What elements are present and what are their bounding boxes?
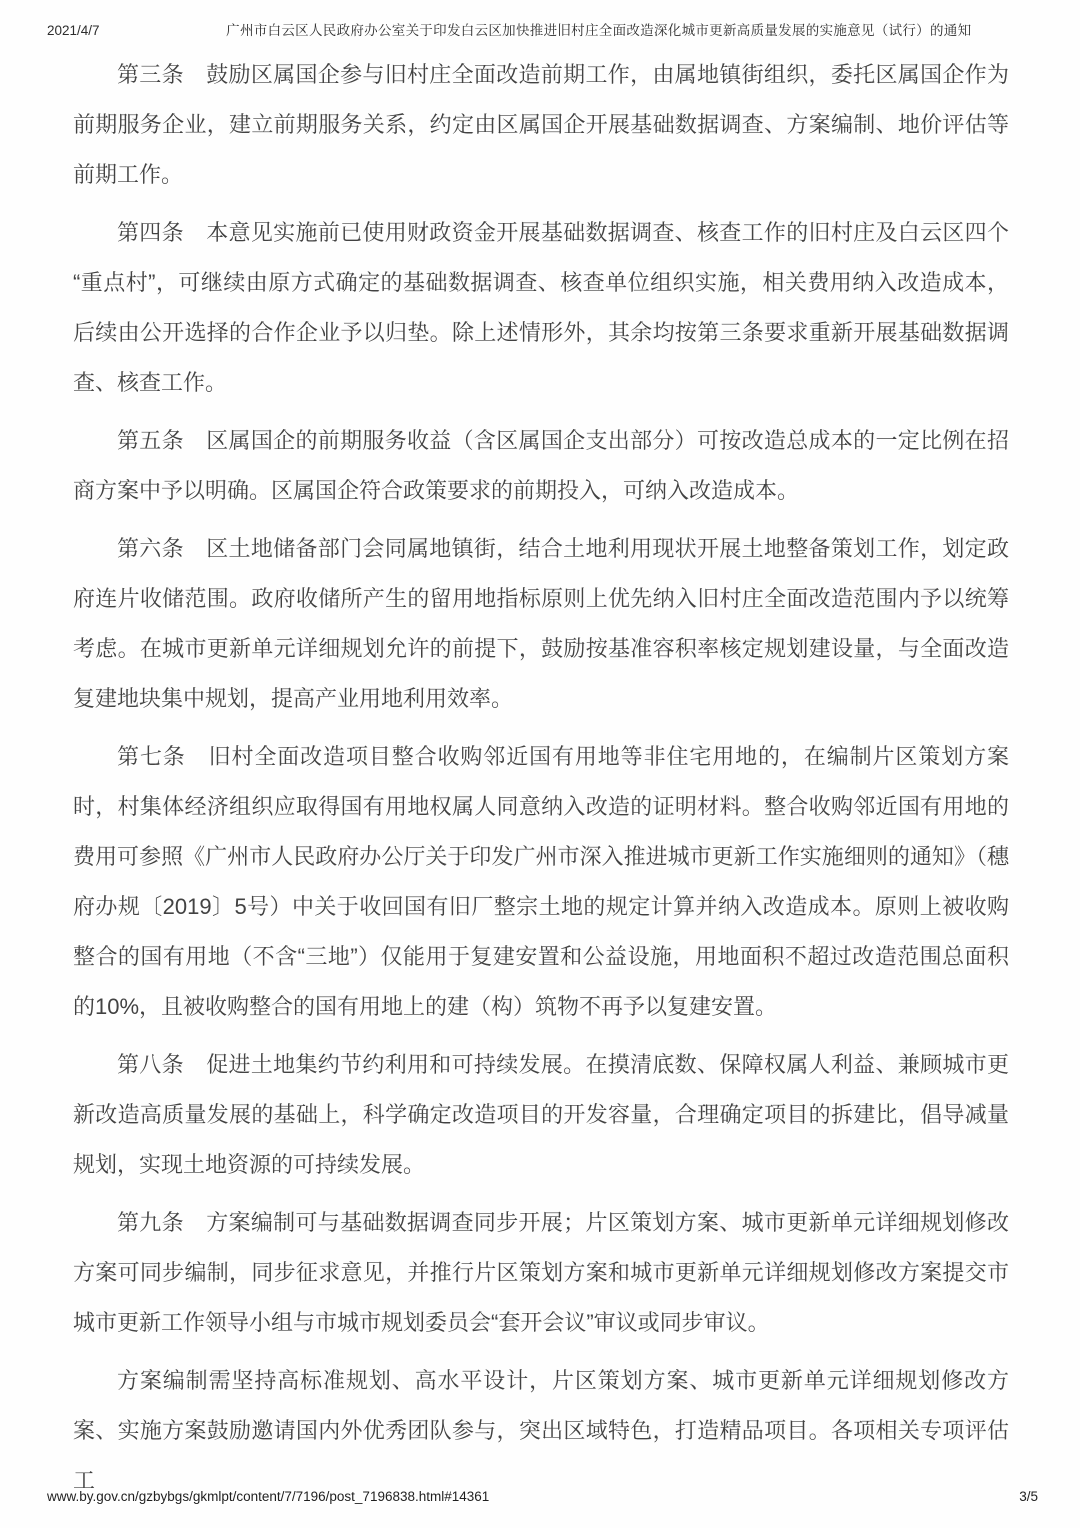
source-url: www.by.gov.cn/gzbybgs/gkmlpt/content/7/7… (47, 1488, 489, 1506)
paragraph-article-8: 第八条 促进土地集约节约利用和可持续发展。在摸清底数、保障权属人利益、兼顾城市更… (73, 1040, 1009, 1190)
print-header: 2021/4/7 广州市白云区人民政府办公室关于印发白云区加快推进旧村庄全面改造… (47, 22, 1038, 40)
paragraph-article-5: 第五条 区属国企的前期服务收益（含区属国企支出部分）可按改造总成本的一定比例在招… (73, 416, 1009, 516)
paragraph-article-3: 第三条 鼓励区属国企参与旧村庄全面改造前期工作，由属地镇街组织，委托区属国企作为… (73, 50, 1009, 200)
document-title: 广州市白云区人民政府办公室关于印发白云区加快推进旧村庄全面改造深化城市更新高质量… (160, 22, 1038, 40)
paragraph-article-6: 第六条 区土地储备部门会同属地镇街，结合土地利用现状开展土地整备策划工作，划定政… (73, 524, 1009, 724)
paragraph-article-4: 第四条 本意见实施前已使用财政资金开展基础数据调查、核查工作的旧村庄及白云区四个… (73, 208, 1009, 408)
paragraph-article-7: 第七条 旧村全面改造项目整合收购邻近国有用地等非住宅用地的，在编制片区策划方案时… (73, 732, 1009, 1032)
print-preview-page: 2021/4/7 广州市白云区人民政府办公室关于印发白云区加快推进旧村庄全面改造… (0, 0, 1080, 1528)
paragraph-article-9-continued: 方案编制需坚持高标准规划、高水平设计，片区策划方案、城市更新单元详细规划修改方案… (73, 1356, 1009, 1506)
paragraph-article-9: 第九条 方案编制可与基础数据调查同步开展；片区策划方案、城市更新单元详细规划修改… (73, 1198, 1009, 1348)
print-footer: www.by.gov.cn/gzbybgs/gkmlpt/content/7/7… (47, 1488, 1038, 1506)
page-indicator: 3/5 (1019, 1488, 1038, 1506)
document-body: 第三条 鼓励区属国企参与旧村庄全面改造前期工作，由属地镇街组织，委托区属国企作为… (73, 50, 1009, 1514)
print-date: 2021/4/7 (47, 22, 100, 40)
